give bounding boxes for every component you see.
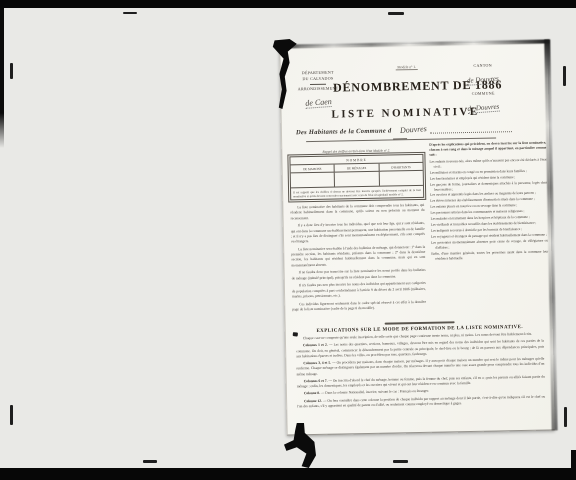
commune-label: COMMUNE <box>445 90 521 97</box>
right-column-intro: D'après les explications qui précèdent, … <box>429 141 546 158</box>
film-top-bar <box>0 0 576 8</box>
registration-tick <box>10 63 13 79</box>
column-ref-label: Colonnes 3, 4 et 5. — <box>303 361 335 366</box>
dotted-fill-line <box>430 122 512 134</box>
ink-blot <box>293 332 298 337</box>
list-subtitle-row: Des Habitants de la Commune d Douvres <box>296 122 512 136</box>
document-page: DÉPARTEMENT DU CALVADOS ARRONDISSEMENT d… <box>279 41 554 435</box>
microfilm-scan: DÉPARTEMENT DU CALVADOS ARRONDISSEMENT d… <box>0 0 576 480</box>
registration-tick <box>10 405 13 425</box>
divider-rule <box>310 83 326 84</box>
paragraph: La liste nominative sera établie à l'aid… <box>291 245 425 269</box>
recap-cell <box>335 172 380 187</box>
registration-dash <box>388 12 404 15</box>
paragraph: Ces individus figureront seulement dans … <box>292 299 426 312</box>
section-divider <box>385 321 455 324</box>
registration-dash <box>143 460 157 463</box>
explanation-paragraph: Colonne 12. — On fera connaître dans cet… <box>297 394 545 409</box>
recap-cell <box>291 173 336 188</box>
registration-dash <box>123 12 137 14</box>
paragraph: Il n'y faudra pas non plus inscrire les … <box>292 281 426 299</box>
film-bottom-bar <box>0 468 576 480</box>
paragraph: Il ne faudra donc pas transcrire sur la … <box>292 268 426 281</box>
canton-label: CANTON <box>445 62 521 69</box>
registration-dash <box>393 460 408 463</box>
left-column: Rappel des chiffres arrêtés dans l'état … <box>289 148 426 315</box>
paragraph: Il y a donc lieu d'y inscrire tous les i… <box>291 221 425 245</box>
recap-cell <box>379 171 423 186</box>
explanation-paragraph: Colonnes 1 et 2. — Les noms des quartier… <box>296 339 544 360</box>
paragraph: La liste nominative des habitants de la … <box>290 203 424 221</box>
film-right-edge <box>571 450 576 470</box>
form-model-label: Modèle n° 1. <box>376 65 438 70</box>
canton-handwritten-value: de Douvres <box>467 75 499 86</box>
list-item: Enfin, d'une manière générale, toutes le… <box>431 249 548 261</box>
column-ref-label: Colonnes 6 et 7. — <box>304 378 332 383</box>
recap-table: NOMBRE DE MAISONS DE MÉNAGES D'HABITANTS… <box>289 154 424 201</box>
right-column: D'après les explications qui précèdent, … <box>429 141 548 263</box>
list-subtitle-label: Des Habitants de la Commune d <box>296 127 392 136</box>
explanations-section: EXPLICATIONS SUR LE MODE DE FORMATION DE… <box>296 320 546 412</box>
recap-footnote: Il est rappelé que les chiffres ci-dessu… <box>291 185 423 200</box>
film-left-edge <box>0 8 4 148</box>
registration-tick <box>564 407 567 427</box>
column-ref-label: Colonne 12. — <box>304 398 326 402</box>
column-ref-label: Colonne 8. — <box>304 391 324 395</box>
column-ref-label: Colonnes 1 et 2. — <box>303 343 332 348</box>
commune-name-handwritten: Douvres <box>399 124 426 135</box>
explanation-paragraph: Colonnes 3, 4 et 5. — On procédera par m… <box>296 357 544 378</box>
left-column-paragraphs: La liste nominative des habitants de la … <box>290 203 426 313</box>
arrondissement-handwritten-value: de Caen <box>305 97 332 109</box>
registration-tick <box>563 66 566 86</box>
